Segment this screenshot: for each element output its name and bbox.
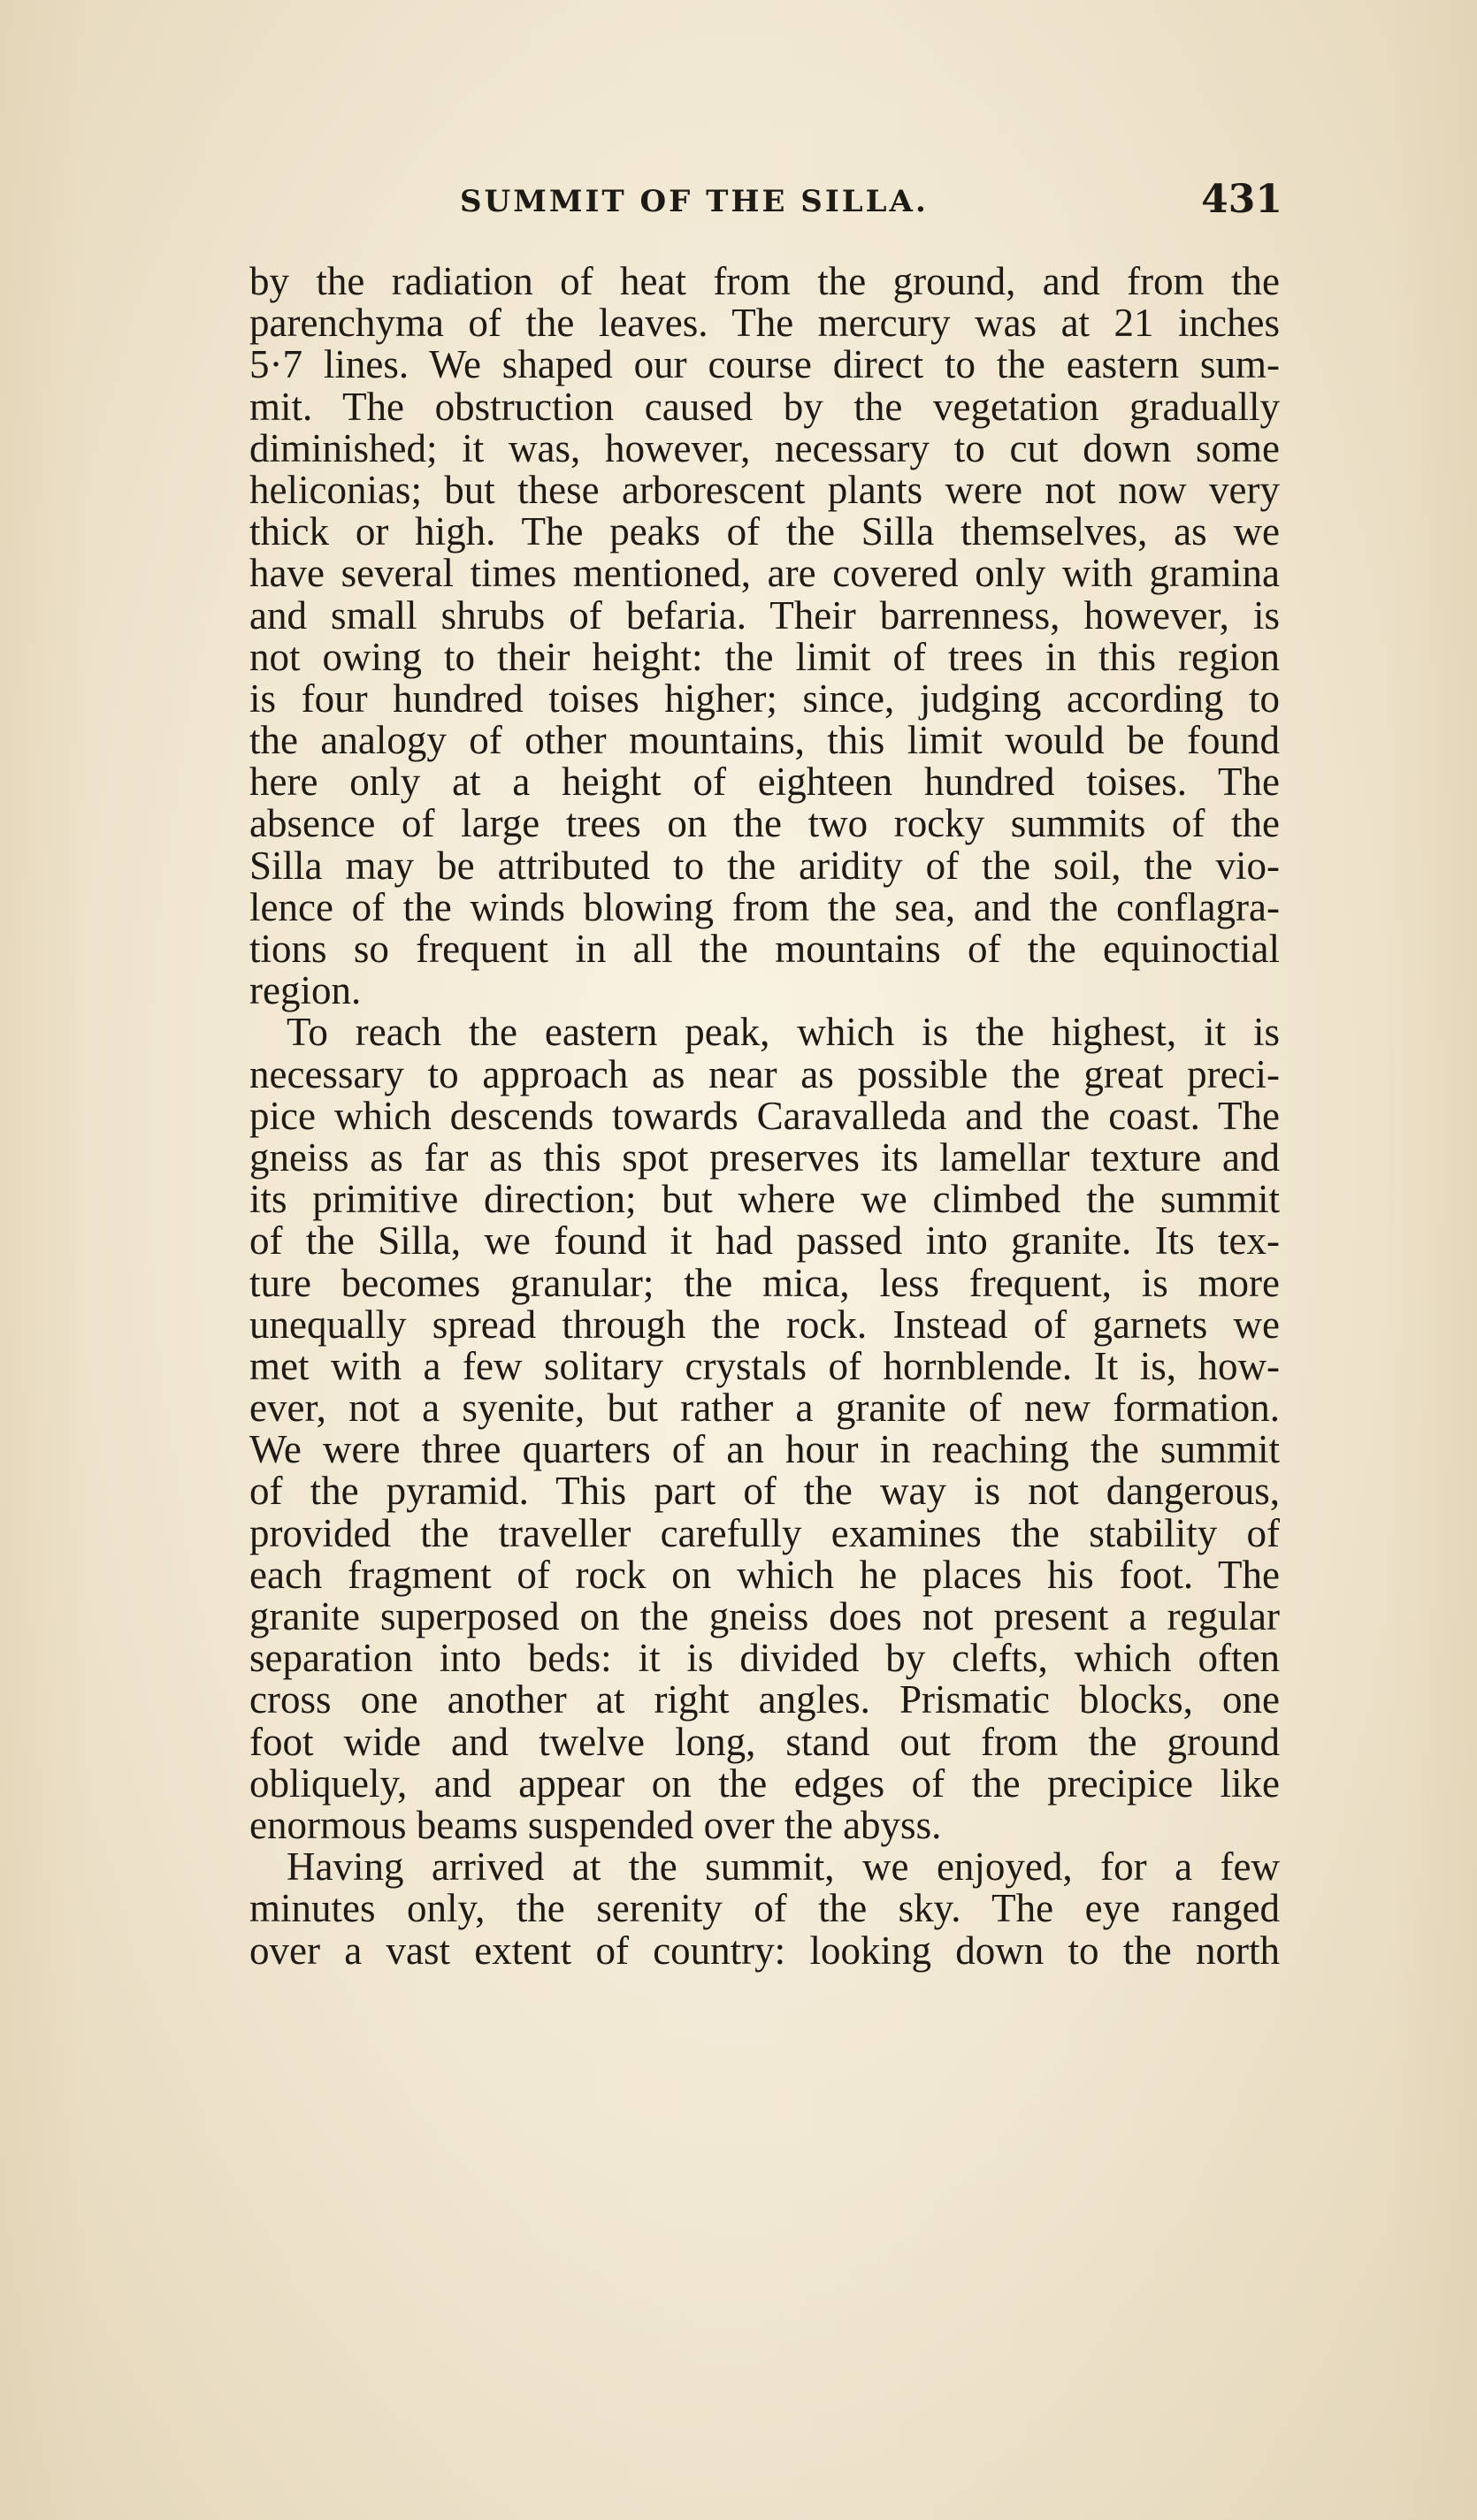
text-line: of the Silla, we found it had passed int…: [249, 1220, 1280, 1262]
text-line: ture becomes granular; the mica, less fr…: [249, 1263, 1280, 1304]
text-line: parenchyma of the leaves. The mercury wa…: [249, 302, 1280, 344]
page-number: 431: [1201, 177, 1282, 222]
text-line: tions so frequent in all the mountains o…: [249, 928, 1280, 970]
text-line: unequally spread through the rock. Inste…: [249, 1304, 1280, 1346]
text-line: necessary to approach as near as possibl…: [249, 1054, 1280, 1096]
text-line: 5·7 lines. We shaped our course direct t…: [249, 344, 1280, 386]
text-line: of the pyramid. This part of the way is …: [249, 1470, 1280, 1512]
text-line: foot wide and twelve long, stand out fro…: [249, 1722, 1280, 1763]
book-page: SUMMIT OF THE SILLA. 431 by the radiatio…: [0, 0, 1477, 2520]
text-line: heliconias; but these arborescent plants…: [249, 470, 1280, 511]
text-line: ever, not a syenite, but rather a granit…: [249, 1387, 1280, 1429]
text-line: lence of the winds blowing from the sea,…: [249, 887, 1280, 928]
text-line: the analogy of other mountains, this lim…: [249, 720, 1280, 761]
paragraph-2: To reach the eastern peak, which is the …: [249, 1012, 1280, 1846]
body-text: by the radiation of heat from the ground…: [249, 261, 1280, 1972]
paragraph-3: Having arrived at the summit, we enjoyed…: [249, 1846, 1280, 1972]
text-line: not owing to their height: the limit of …: [249, 637, 1280, 678]
text-line: Having arrived at the summit, we enjoyed…: [249, 1846, 1280, 1888]
text-line: region.: [249, 970, 1280, 1012]
text-line: met with a few solitary crystals of horn…: [249, 1346, 1280, 1387]
text-line: its primitive direction; but where we cl…: [249, 1179, 1280, 1220]
text-line: cross one another at right angles. Prism…: [249, 1679, 1280, 1721]
text-line: have several times mentioned, are covere…: [249, 553, 1280, 594]
text-line: here only at a height of eighteen hundre…: [249, 761, 1280, 803]
text-line: by the radiation of heat from the ground…: [249, 261, 1280, 302]
text-line: enormous beams suspended over the abyss.: [249, 1805, 1280, 1846]
text-line: separation into beds: it is divided by c…: [249, 1638, 1280, 1679]
text-line: granite superposed on the gneiss does no…: [249, 1596, 1280, 1638]
text-line: provided the traveller carefully examine…: [249, 1513, 1280, 1554]
text-line: To reach the eastern peak, which is the …: [249, 1012, 1280, 1053]
paragraph-1: by the radiation of heat from the ground…: [249, 261, 1280, 1012]
text-line: mit. The obstruction caused by the veget…: [249, 386, 1280, 428]
text-line: pice which descends towards Caravalleda …: [249, 1096, 1280, 1137]
text-line: each fragment of rock on which he places…: [249, 1554, 1280, 1596]
text-line: diminished; it was, however, necessary t…: [249, 428, 1280, 470]
text-line: and small shrubs of befaria. Their barre…: [249, 595, 1280, 637]
text-line: over a vast extent of country: looking d…: [249, 1930, 1280, 1972]
text-line: thick or high. The peaks of the Silla th…: [249, 511, 1280, 553]
text-line: is four hundred toises higher; since, ju…: [249, 678, 1280, 720]
running-head-title: SUMMIT OF THE SILLA.: [460, 184, 929, 219]
text-line: Silla may be attributed to the aridity o…: [249, 845, 1280, 887]
running-head: SUMMIT OF THE SILLA. 431: [239, 177, 1282, 230]
text-line: We were three quarters of an hour in rea…: [249, 1429, 1280, 1470]
text-line: minutes only, the serenity of the sky. T…: [249, 1888, 1280, 1929]
text-line: obliquely, and appear on the edges of th…: [249, 1763, 1280, 1805]
text-line: absence of large trees on the two rocky …: [249, 803, 1280, 844]
text-line: gneiss as far as this spot preserves its…: [249, 1137, 1280, 1179]
